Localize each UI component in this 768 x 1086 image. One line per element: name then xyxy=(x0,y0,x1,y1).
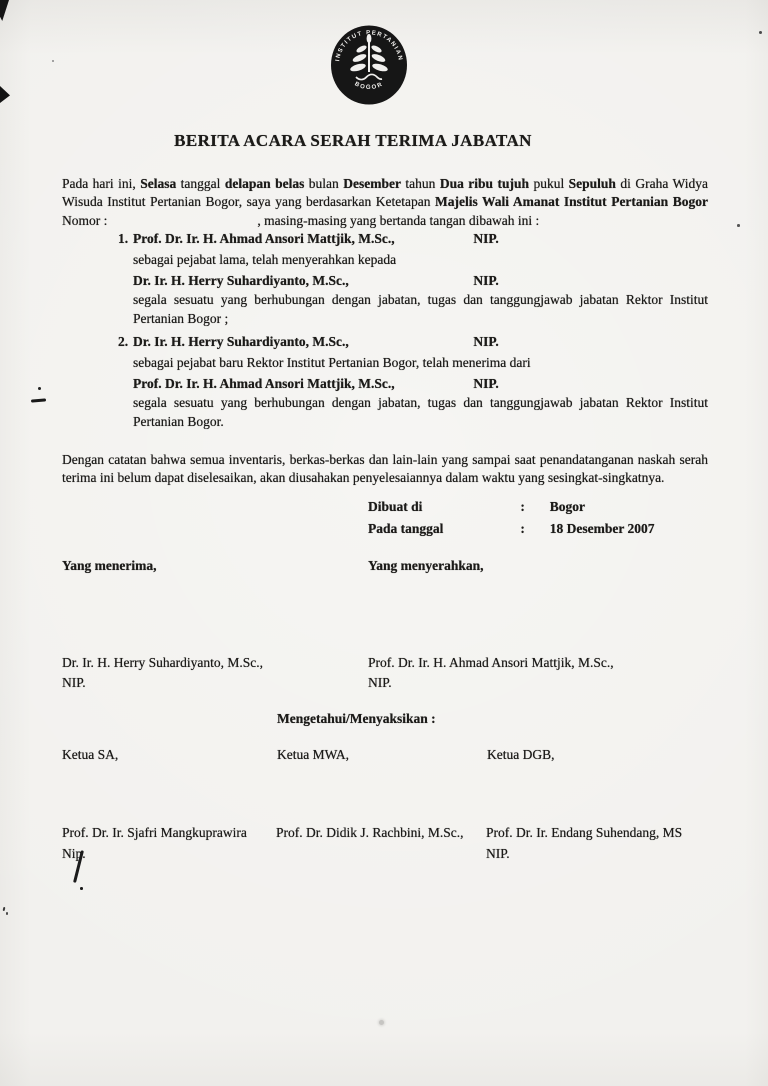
item-closing-line: segala sesuatu yang berhubungan dengan j… xyxy=(133,394,708,431)
opening-day: Selasa xyxy=(140,176,176,191)
scan-speck-artifact xyxy=(52,60,54,62)
nip-label: NIP. xyxy=(62,674,263,693)
colon: : xyxy=(520,496,546,518)
item-middle-line: sebagai pejabat lama, telah menyerahkan … xyxy=(133,249,708,270)
scan-speck-artifact xyxy=(759,31,762,34)
witness-role-sa: Ketua SA, xyxy=(62,747,118,763)
item-name-row: Prof. Dr. Ir. H. Ahmad Ansori Mattjik, M… xyxy=(133,228,708,249)
colon: : xyxy=(520,518,546,540)
item-number: 2. xyxy=(118,331,128,352)
scan-speck-artifact xyxy=(3,907,6,911)
nip-label: NIP. xyxy=(473,273,498,288)
item-name-row: Prof. Dr. Ir. H. Ahmad Ansori Mattjik, M… xyxy=(133,373,708,394)
date-label: Pada tanggal xyxy=(368,518,517,540)
place-row: Dibuat di : Bogor xyxy=(368,496,654,518)
scan-smudge-artifact xyxy=(379,1020,384,1025)
witness-name: Prof. Dr. Didik J. Rachbini, M.Sc., xyxy=(276,824,464,843)
place-value: Bogor xyxy=(550,499,585,514)
giver-role-label: Yang menyerahkan, xyxy=(368,557,614,576)
official-name: Prof. Dr. Ir. H. Ahmad Ansori Mattjik, M… xyxy=(133,373,470,394)
receiver-signature-block: Yang menerima, Dr. Ir. H. Herry Suhardiy… xyxy=(62,557,263,693)
scan-speck-artifact xyxy=(6,912,8,915)
handwritten-dash-artifact xyxy=(31,398,46,402)
witness-role-dgb: Ketua DGB, xyxy=(487,747,555,763)
scan-edge-mark-artifact xyxy=(0,86,10,103)
giver-signature-block: Yang menyerahkan, Prof. Dr. Ir. H. Ahmad… xyxy=(368,557,614,693)
item-name-row: Dr. Ir. H. Herry Suhardiyanto, M.Sc., NI… xyxy=(133,270,708,291)
opening-year-words: Dua ribu tujuh xyxy=(440,176,529,191)
nip-label: NIP. xyxy=(473,376,498,391)
opening-month: Desember xyxy=(343,176,401,191)
witness-role-mwa: Ketua MWA, xyxy=(277,747,349,763)
witness-name: Prof. Dr. Ir. Sjafri Mangkuprawira xyxy=(62,824,247,843)
nip-label: NIP. xyxy=(473,334,498,349)
nip-label: Nip. xyxy=(62,845,247,864)
nip-label: NIP. xyxy=(473,231,498,246)
date-value: 18 Desember 2007 xyxy=(550,521,655,536)
handwritten-dot-artifact xyxy=(38,387,41,390)
opening-paragraph: Pada hari ini, Selasa tanggal delapan be… xyxy=(62,175,708,231)
receiver-role-label: Yang menerima, xyxy=(62,557,263,576)
item-name-row: Dr. Ir. H. Herry Suhardiyanto, M.Sc., NI… xyxy=(133,331,708,352)
scan-corner-streak-artifact xyxy=(0,0,9,21)
witness-signature-mwa: Prof. Dr. Didik J. Rachbini, M.Sc., xyxy=(276,824,464,845)
document-title: BERITA ACARA SERAH TERIMA JABATAN xyxy=(30,131,676,151)
item-closing-line: segala sesuatu yang berhubungan dengan j… xyxy=(133,291,708,328)
closing-note-paragraph: Dengan catatan bahwa semua inventaris, b… xyxy=(62,451,708,488)
handover-item-1: 1. Prof. Dr. Ir. H. Ahmad Ansori Mattjik… xyxy=(118,228,708,328)
witness-signature-dgb: Prof. Dr. Ir. Endang Suhendang, MS NIP. xyxy=(486,824,682,863)
ipb-seal-icon: INSTITUT PERTANIAN BOGOR xyxy=(330,25,408,105)
official-name: Dr. Ir. H. Herry Suhardiyanto, M.Sc., xyxy=(133,331,470,352)
opening-mwa-name: Majelis Wali Amanat Institut Pertanian B… xyxy=(435,194,708,209)
date-row: Pada tanggal : 18 Desember 2007 xyxy=(368,518,654,540)
giver-name: Prof. Dr. Ir. H. Ahmad Ansori Mattjik, M… xyxy=(368,654,614,673)
scanned-document-page: INSTITUT PERTANIAN BOGOR BERITA ACARA SE… xyxy=(0,0,768,1086)
witness-name: Prof. Dr. Ir. Endang Suhendang, MS xyxy=(486,824,682,843)
nip-label: NIP. xyxy=(368,674,614,693)
scan-speck-artifact xyxy=(737,224,740,227)
handover-item-2: 2. Dr. Ir. H. Herry Suhardiyanto, M.Sc.,… xyxy=(118,331,708,431)
official-name: Dr. Ir. H. Herry Suhardiyanto, M.Sc., xyxy=(133,270,470,291)
handwritten-slash-dot-artifact xyxy=(80,887,83,890)
item-middle-line: sebagai pejabat baru Rektor Institut Per… xyxy=(133,352,708,373)
place-date-block: Dibuat di : Bogor Pada tanggal : 18 Dese… xyxy=(368,496,654,540)
nip-label: NIP. xyxy=(486,845,682,864)
receiver-name: Dr. Ir. H. Herry Suhardiyanto, M.Sc., xyxy=(62,654,263,673)
place-label: Dibuat di xyxy=(368,496,517,518)
item-number: 1. xyxy=(118,228,128,249)
witness-signature-sa: Prof. Dr. Ir. Sjafri Mangkuprawira Nip. xyxy=(62,824,247,863)
opening-hour-words: Sepuluh xyxy=(569,176,616,191)
official-name: Prof. Dr. Ir. H. Ahmad Ansori Mattjik, M… xyxy=(133,228,470,249)
opening-text: Pada hari ini, xyxy=(62,176,140,191)
witness-heading: Mengetahui/Menyaksikan : xyxy=(277,711,436,727)
opening-date-words: delapan belas xyxy=(225,176,304,191)
